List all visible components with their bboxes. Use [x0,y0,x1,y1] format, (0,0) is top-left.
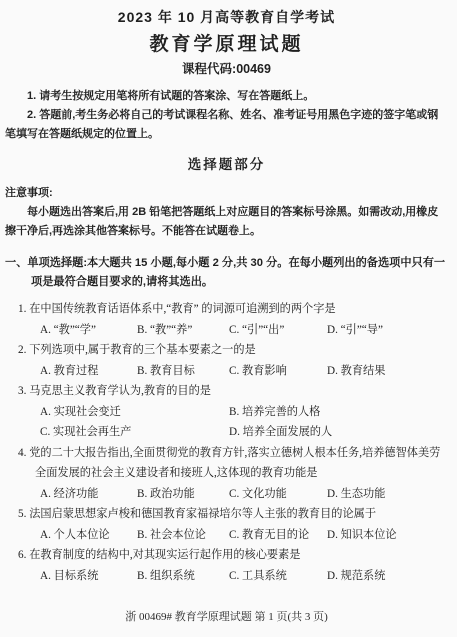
question-5: 5. 法国启蒙思想家卢梭和德国教育家福禄培尔等人主张的教育目的论属于 A. 个人… [18,504,448,545]
option-c: C. 文化功能 [229,484,327,505]
option-c: C. 教育影响 [229,361,327,382]
question-4: 4. 党的二十大报告指出,全面贯彻党的教育方针,落实立德树人根本任务,培养德智体… [18,443,448,505]
option-b: B. 社会本位论 [137,525,229,546]
option-d: D. 生态功能 [327,484,448,505]
option-b: B. “教”“养” [137,320,229,341]
question-number: 5. [18,508,26,520]
options-row: A. 目标系统 B. 组织系统 C. 工具系统 D. 规范系统 [40,566,448,587]
course-code: 课程代码:00469 [5,62,448,77]
question-number: 3. [18,385,26,397]
question-number: 1. [18,303,26,315]
exam-paper-page: 2023 年 10 月高等教育自学考试 教育学原理试题 课程代码:00469 1… [0,0,457,637]
option-b: B. 教育目标 [137,361,229,382]
paper-header: 2023 年 10 月高等教育自学考试 教育学原理试题 课程代码:00469 [5,8,448,77]
question-6: 6. 在教育制度的结构中,对其现实运行起作用的核心要素是 A. 目标系统 B. … [18,545,448,586]
option-b: B. 组织系统 [137,566,229,587]
question-3: 3. 马克思主义教育学认为,教育的目的是 A. 实现社会变迁 B. 培养完善的人… [18,381,448,443]
part-one-heading: 一、单项选择题:本大题共 15 小题,每小题 2 分,共 30 分。在每小题列出… [5,254,448,292]
option-d: D. 培养全面发展的人 [229,422,448,443]
general-instructions: 1. 请考生按规定用笔将所有试题的答案涂、写在答题纸上。 2. 答题前,考生务必… [5,87,448,144]
option-a: A. 个人本位论 [40,525,137,546]
question-2: 2. 下列选项中,属于教育的三个基本要素之一的是 A. 教育过程 B. 教育目标… [18,340,448,381]
question-1: 1. 在中国传统教育话语体系中,“教育” 的词源可追溯到的两个字是 A. “教”… [18,299,448,340]
question-text: 在中国传统教育话语体系中,“教育” 的词源可追溯到的两个字是 [29,303,335,315]
option-d: D. “引”“导” [327,320,448,341]
question-stem: 3. 马克思主义教育学认为,教育的目的是 [18,381,448,402]
paper-title: 教育学原理试题 [5,33,448,56]
question-text: 下列选项中,属于教育的三个基本要素之一的是 [29,344,256,356]
option-a: A. 实现社会变迁 [40,402,229,423]
question-number: 4. [18,447,26,459]
notice-section: 注意事项: 每小题选出答案后,用 2B 铅笔把答题纸上对应题目的答案标号涂黑。如… [5,184,448,241]
page-footer: 浙 00469# 教育学原理试题 第 1 页(共 3 页) [5,610,448,625]
option-c: C. 教育无目的论 [229,525,327,546]
section-title: 选择题部分 [5,156,448,173]
question-stem: 4. 党的二十大报告指出,全面贯彻党的教育方针,落实立德树人根本任务,培养德智体… [18,443,448,484]
option-d: D. 教育结果 [327,361,448,382]
option-b: B. 培养完善的人格 [229,402,448,423]
exam-session-title: 2023 年 10 月高等教育自学考试 [5,8,448,26]
question-text: 党的二十大报告指出,全面贯彻党的教育方针,落实立德树人根本任务,培养德智体美劳全… [29,447,440,480]
question-text: 法国启蒙思想家卢梭和德国教育家福禄培尔等人主张的教育目的论属于 [29,508,376,520]
option-b: B. 政治功能 [137,484,229,505]
option-c: C. 实现社会再生产 [40,422,229,443]
question-text: 马克思主义教育学认为,教育的目的是 [29,385,211,397]
notice-heading: 注意事项: [5,184,448,203]
options-row: A. 个人本位论 B. 社会本位论 C. 教育无目的论 D. 知识本位论 [40,525,448,546]
option-c: C. 工具系统 [229,566,327,587]
question-stem: 5. 法国启蒙思想家卢梭和德国教育家福禄培尔等人主张的教育目的论属于 [18,504,448,525]
question-stem: 6. 在教育制度的结构中,对其现实运行起作用的核心要素是 [18,545,448,566]
options-grid: A. 实现社会变迁 B. 培养完善的人格 C. 实现社会再生产 D. 培养全面发… [40,402,448,443]
option-a: A. 目标系统 [40,566,137,587]
options-row: A. 经济功能 B. 政治功能 C. 文化功能 D. 生态功能 [40,484,448,505]
instruction-item-1: 1. 请考生按规定用笔将所有试题的答案涂、写在答题纸上。 [5,87,448,106]
question-list: 1. 在中国传统教育话语体系中,“教育” 的词源可追溯到的两个字是 A. “教”… [18,299,448,586]
options-row: A. 教育过程 B. 教育目标 C. 教育影响 D. 教育结果 [40,361,448,382]
question-number: 6. [18,549,26,561]
option-d: D. 知识本位论 [327,525,448,546]
option-a: A. “教”“学” [40,320,137,341]
option-d: D. 规范系统 [327,566,448,587]
question-stem: 1. 在中国传统教育话语体系中,“教育” 的词源可追溯到的两个字是 [18,299,448,320]
instruction-item-2: 2. 答题前,考生务必将自己的考试课程名称、姓名、准考证号用黑色字迹的签字笔或钢… [5,106,448,144]
option-a: A. 教育过程 [40,361,137,382]
question-number: 2. [18,344,26,356]
option-c: C. “引”“出” [229,320,327,341]
option-a: A. 经济功能 [40,484,137,505]
question-text: 在教育制度的结构中,对其现实运行起作用的核心要素是 [29,549,300,561]
options-row: A. “教”“学” B. “教”“养” C. “引”“出” D. “引”“导” [40,320,448,341]
notice-body: 每小题选出答案后,用 2B 铅笔把答题纸上对应题目的答案标号涂黑。如需改动,用橡… [5,203,448,241]
question-stem: 2. 下列选项中,属于教育的三个基本要素之一的是 [18,340,448,361]
